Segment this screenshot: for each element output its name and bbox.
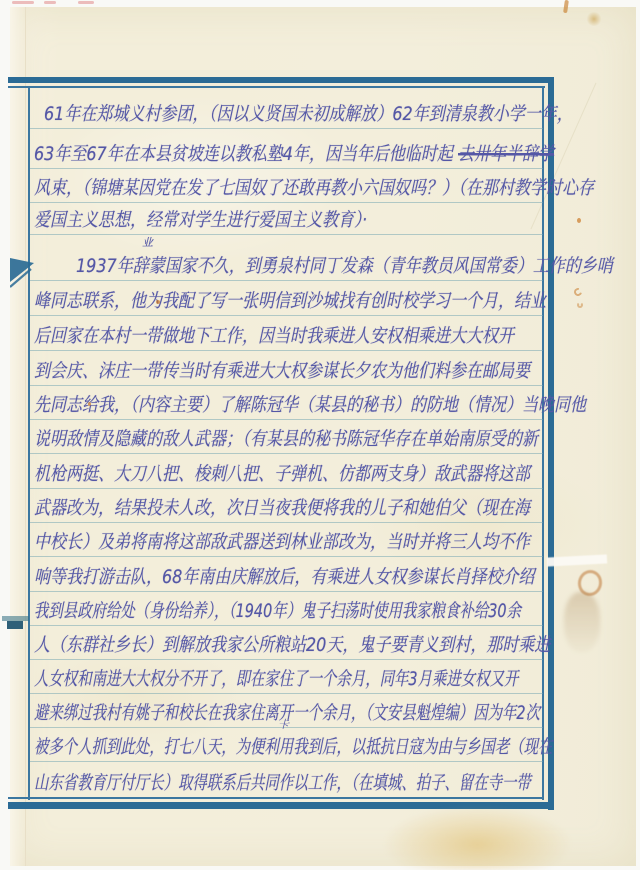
manuscript-line: 到会庆、沫庄一带传当时有乘进大大权参谋长夕农为他们料参在邮局要 — [30, 351, 543, 386]
line-text: 1937年辞蒙国家不久，到勇泉村同丁发森（青年教员风国常委）工作的乡哨 — [76, 251, 613, 278]
manuscript-line: 人（东群社乡长）到解放我家公所粮站20天，鬼子要青义到村，那时乘进 — [30, 626, 543, 660]
frame-bottom-thick-line — [8, 802, 554, 809]
line-text: 说明敌情及隐藏的敌人武器；（有某县的秘书陈冠华存在单始南原受的新 — [34, 424, 538, 451]
manuscript-line: 机枪两挺、大刀八把、梭刺八把、子弹机、仿都两支身）敌武器将这部 — [30, 454, 543, 489]
frame-top-thick-line — [8, 77, 554, 83]
inserted-character: 卡 — [278, 716, 289, 732]
frame-top-thin-line — [8, 86, 545, 88]
line-text: 后回家在本村一带做地下工作，因当时我乘进人安权相乘进大大权开 — [34, 321, 514, 348]
manuscript-line: 人女权和南进大大权分不开了，即在家住了一个余月，同年3月乘进女权又开 — [30, 660, 543, 694]
line-text: 61年在郑城义村参团，（因以义贤国未初成解放）62年到清泉教小学一年， — [44, 99, 573, 126]
inserted-character: 业 — [142, 234, 153, 250]
margin-dash-decoration — [7, 621, 23, 629]
manuscript-line: 峰同志联系，他为我配了写一张明信到沙城找有创时校学习一个月，结业 — [30, 281, 543, 316]
scanned-page: 61年在郑城义村参团，（因以义贤国未初成解放）62年到清泉教小学一年， 63年至… — [0, 0, 640, 870]
manuscript-line: 响等我打游击队，68年南由庆解放后，有乘进人女权参谋长肖择校介绍 — [30, 557, 543, 592]
manuscript-line: 中校长）及弟将南将这部敌武器送到林业部改为，当时并将三人均不作 — [30, 523, 543, 557]
ink-speck — [88, 402, 91, 406]
ink-speck — [156, 300, 160, 304]
top-edge-pink-mark — [12, 1, 34, 4]
line-text: 我到县政府给处（身份给养），（1940年）鬼子扫荡时使用我家粮食补给30余 — [34, 596, 521, 623]
manuscript-line: 山东省教育厅付厅长）取得联系后共同作以工作，（在填城、拍子、留在寺一带 — [30, 762, 543, 797]
ink-speck — [577, 218, 581, 223]
top-edge-pink-mark — [44, 1, 56, 4]
paper-left-edge-crease — [10, 7, 26, 866]
line-text: 到会庆、沫庄一带传当时有乘进大大权参谋长夕农为他们料参在邮局要 — [34, 356, 530, 383]
manuscript-line: 卡 被多个人抓到此处，打七八天，为便利用我到后，以抵抗日寇为由与乡国老（现在 — [30, 728, 543, 762]
line-text: 人女权和南进大大权分不开了，即在家住了一个余月，同年3月乘进女权又开 — [34, 664, 518, 691]
manuscript-line: 先同志给我，（内容主要）了解陈冠华（某县的秘书）的防地（情况）当晚同他 — [30, 386, 543, 420]
manuscript-line: 业 1937年辞蒙国家不久，到勇泉村同丁发森（青年教员风国常委）工作的乡哨 — [30, 245, 543, 281]
line-text-part: 被多个人抓到此处，打七八天，为便利用我 — [34, 735, 308, 757]
struck-through-text: 去卅年半辞学 — [458, 142, 554, 164]
manuscript-line: 后回家在本村一带做地下工作，因当时我乘进人安权相乘进大大权开 — [30, 316, 543, 351]
line-text: 风束，（锦塘某因党在发了七国奴了还敢再教小六国奴吗？）（在那村教学时心存 — [34, 173, 594, 200]
manuscript-text-area: 61年在郑城义村参团，（因以义贤国未初成解放）62年到清泉教小学一年， 63年至… — [30, 90, 543, 802]
top-edge-pink-mark — [78, 1, 94, 4]
line-text: 机枪两挺、大刀八把、梭刺八把、子弹机、仿都两支身）敌武器将这部 — [34, 459, 530, 486]
line-text-part: 63年至67年在本县贫坡连以教私塾4年，因当年后他临时起 — [34, 142, 458, 164]
line-text: 武器改为，结果投未人改，次日当夜我便将我的儿子和她伯父（现在海 — [34, 493, 530, 520]
line-text: 山东省教育厅付厅长）取得联系后共同作以工作，（在填城、拍子、留在寺一带 — [34, 768, 531, 795]
line-text: 人（东群社乡长）到解放我家公所粮站20天，鬼子要青义到村，那时乘进 — [34, 630, 550, 657]
manuscript-line: 风束，（锦塘某因党在发了七国奴了还敢再教小六国奴吗？）（在那村教学时心存 — [30, 169, 543, 203]
manuscript-line: 武器改为，结果投未人改，次日当夜我便将我的儿子和她伯父（现在海 — [30, 489, 543, 523]
line-text: 爱国主义思想，经常对学生进行爱国主义教育）· — [34, 205, 367, 232]
manuscript-line: 我到县政府给处（身份给养），（1940年）鬼子扫荡时使用我家粮食补给30余 — [30, 592, 543, 626]
manuscript-line: 说明敌情及隐藏的敌人武器；（有某县的秘书陈冠华存在单始南原受的新 — [30, 420, 543, 454]
line-text: 先同志给我，（内容主要）了解陈冠华（某县的秘书）的防地（情况）当晚同他 — [34, 390, 586, 417]
line-text-part: 到后，以抵抗日寇为由与乡国老（现在 — [308, 735, 553, 757]
manuscript-line: 61年在郑城义村参团，（因以义贤国未初成解放）62年到清泉教小学一年， — [30, 93, 543, 129]
manuscript-line: 爱国主义思想，经常对学生进行爱国主义教育）· — [30, 203, 543, 235]
line-text: 峰同志联系，他为我配了写一张明信到沙城找有创时校学习一个月，结业 — [34, 286, 546, 313]
line-text: 63年至67年在本县贫坡连以教私塾4年，因当年后他临时起 去卅年半辞学 — [34, 139, 554, 166]
line-text: 响等我打游击队，68年南由庆解放后，有乘进人女权参谋长肖择校介绍 — [34, 562, 534, 589]
line-text: 中校长）及弟将南将这部敌武器送到林业部改为，当时并将三人均不作 — [34, 527, 530, 554]
manuscript-line: 63年至67年在本县贫坡连以教私塾4年，因当年后他临时起 去卅年半辞学 — [30, 130, 543, 169]
line-text: 被多个人抓到此处，打七八天，为便利用我到后，以抵抗日寇为由与乡国老（现在 — [34, 732, 552, 759]
